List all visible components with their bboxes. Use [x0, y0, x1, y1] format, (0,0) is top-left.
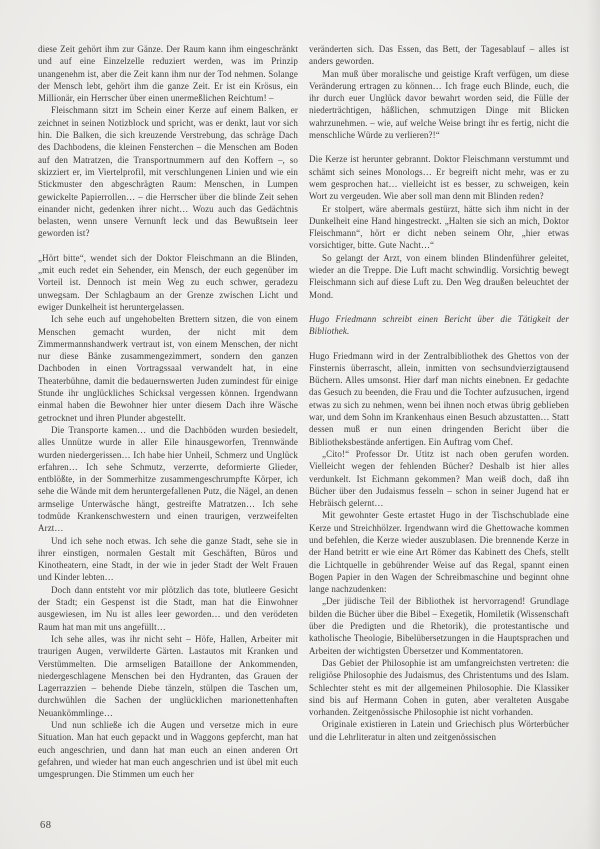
paragraph: Doch dann entsteht vor mir plötzlich das… [38, 584, 298, 633]
paragraph: Ich sehe euch auf ungehobelten Brettern … [38, 313, 298, 424]
paragraph: Hugo Friedmann wird in der Zentralbiblio… [309, 350, 569, 448]
paragraph: Originale existieren in Latein und Griec… [309, 718, 569, 743]
paragraph: „Hört bitte“, wendet sich der Doktor Fle… [38, 252, 298, 313]
paragraph: „Der jüdische Teil der Bibliothek ist he… [309, 595, 569, 656]
column-left: diese Zeit gehört ihm zur Gänze. Der Rau… [38, 43, 298, 803]
page-number: 68 [40, 820, 52, 831]
paragraph: Die Transporte kamen… und die Dachböden … [38, 424, 298, 535]
paragraph: veränderten sich. Das Essen, das Bett, d… [309, 43, 569, 68]
paragraph: So gelangt der Arzt, von einem blinden B… [309, 252, 569, 301]
paragraph: Man muß über moralische und geistige Kra… [309, 68, 569, 142]
paragraph: Mit gewohnter Geste ertastet Hugo in der… [309, 509, 569, 595]
paragraph: „Cito!“ Professor Dr. Utitz ist nach obe… [309, 448, 569, 509]
paragraph: Er stolpert, wäre abermals gestürzt, hät… [309, 203, 569, 252]
book-page: diese Zeit gehört ihm zur Gänze. Der Rau… [0, 0, 600, 849]
paragraph: Das Gebiet der Philosophie ist am umfang… [309, 657, 569, 718]
column-right: veränderten sich. Das Essen, das Bett, d… [309, 43, 569, 803]
paragraph: Und nun schließe ich die Augen und verse… [38, 719, 298, 780]
paragraph: diese Zeit gehört ihm zur Gänze. Der Rau… [38, 43, 298, 104]
text-columns: diese Zeit gehört ihm zur Gänze. Der Rau… [0, 0, 600, 803]
paragraph: Die Kerze ist herunter gebrannt. Doktor … [309, 153, 569, 202]
paragraph: Ich sehe alles, was ihr nicht seht – Höf… [38, 633, 298, 719]
paragraph: Fleischmann sitzt im Schein einer Kerze … [38, 104, 298, 239]
section-heading: Hugo Friedmann schreibt einen Bericht üb… [309, 313, 569, 338]
paragraph: Und ich sehe noch etwas. Ich sehe die ga… [38, 535, 298, 584]
